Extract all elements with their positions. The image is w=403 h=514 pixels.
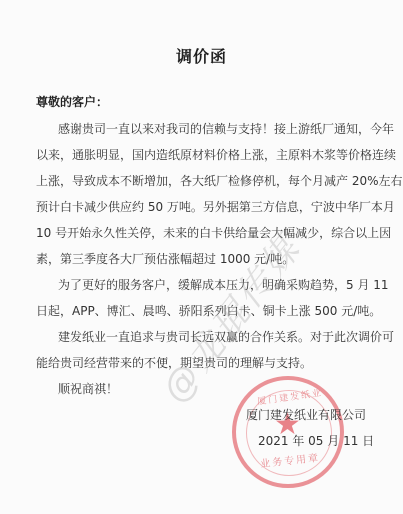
signature-date: 2021 年 05 月 11 日 bbox=[258, 432, 374, 449]
body-line: 感谢贵司一直以来对我司的信赖与支持！接上游纸厂通知，今年 bbox=[58, 121, 345, 137]
body-line: 上涨，导致成本不断增加，各大纸厂检修停机，每个月减产 20%左右， bbox=[36, 173, 345, 189]
body-line: 10 号开始永久性关停，未来的白卡供给量会大幅减少，综合以上因 bbox=[36, 225, 345, 241]
salutation: 尊敬的客户： bbox=[36, 93, 108, 110]
price-adjustment-letter: 调价函 尊敬的客户： 感谢贵司一直以来对我司的信赖与支持！接上游纸厂通知，今年 … bbox=[0, 0, 403, 514]
body-line: 预计白卡减少供应约 50 万吨。另外据第三方信息，宁波中华厂本月 bbox=[36, 199, 345, 215]
letter-title: 调价函 bbox=[0, 44, 403, 67]
body-line: 日起，APP、博汇、晨鸣、骄阳系列白卡、铜卡上涨 500 元/吨。 bbox=[36, 303, 345, 319]
signature-company: 厦门建发纸业有限公司 bbox=[246, 406, 366, 423]
body-line: 为了更好的服务客户，缓解成本压力，明确采购趋势，5 月 11 bbox=[58, 277, 345, 293]
body-line: 以来，通胀明显，国内造纸原材料价格上涨，主原料木浆等价格连续 bbox=[36, 147, 345, 163]
